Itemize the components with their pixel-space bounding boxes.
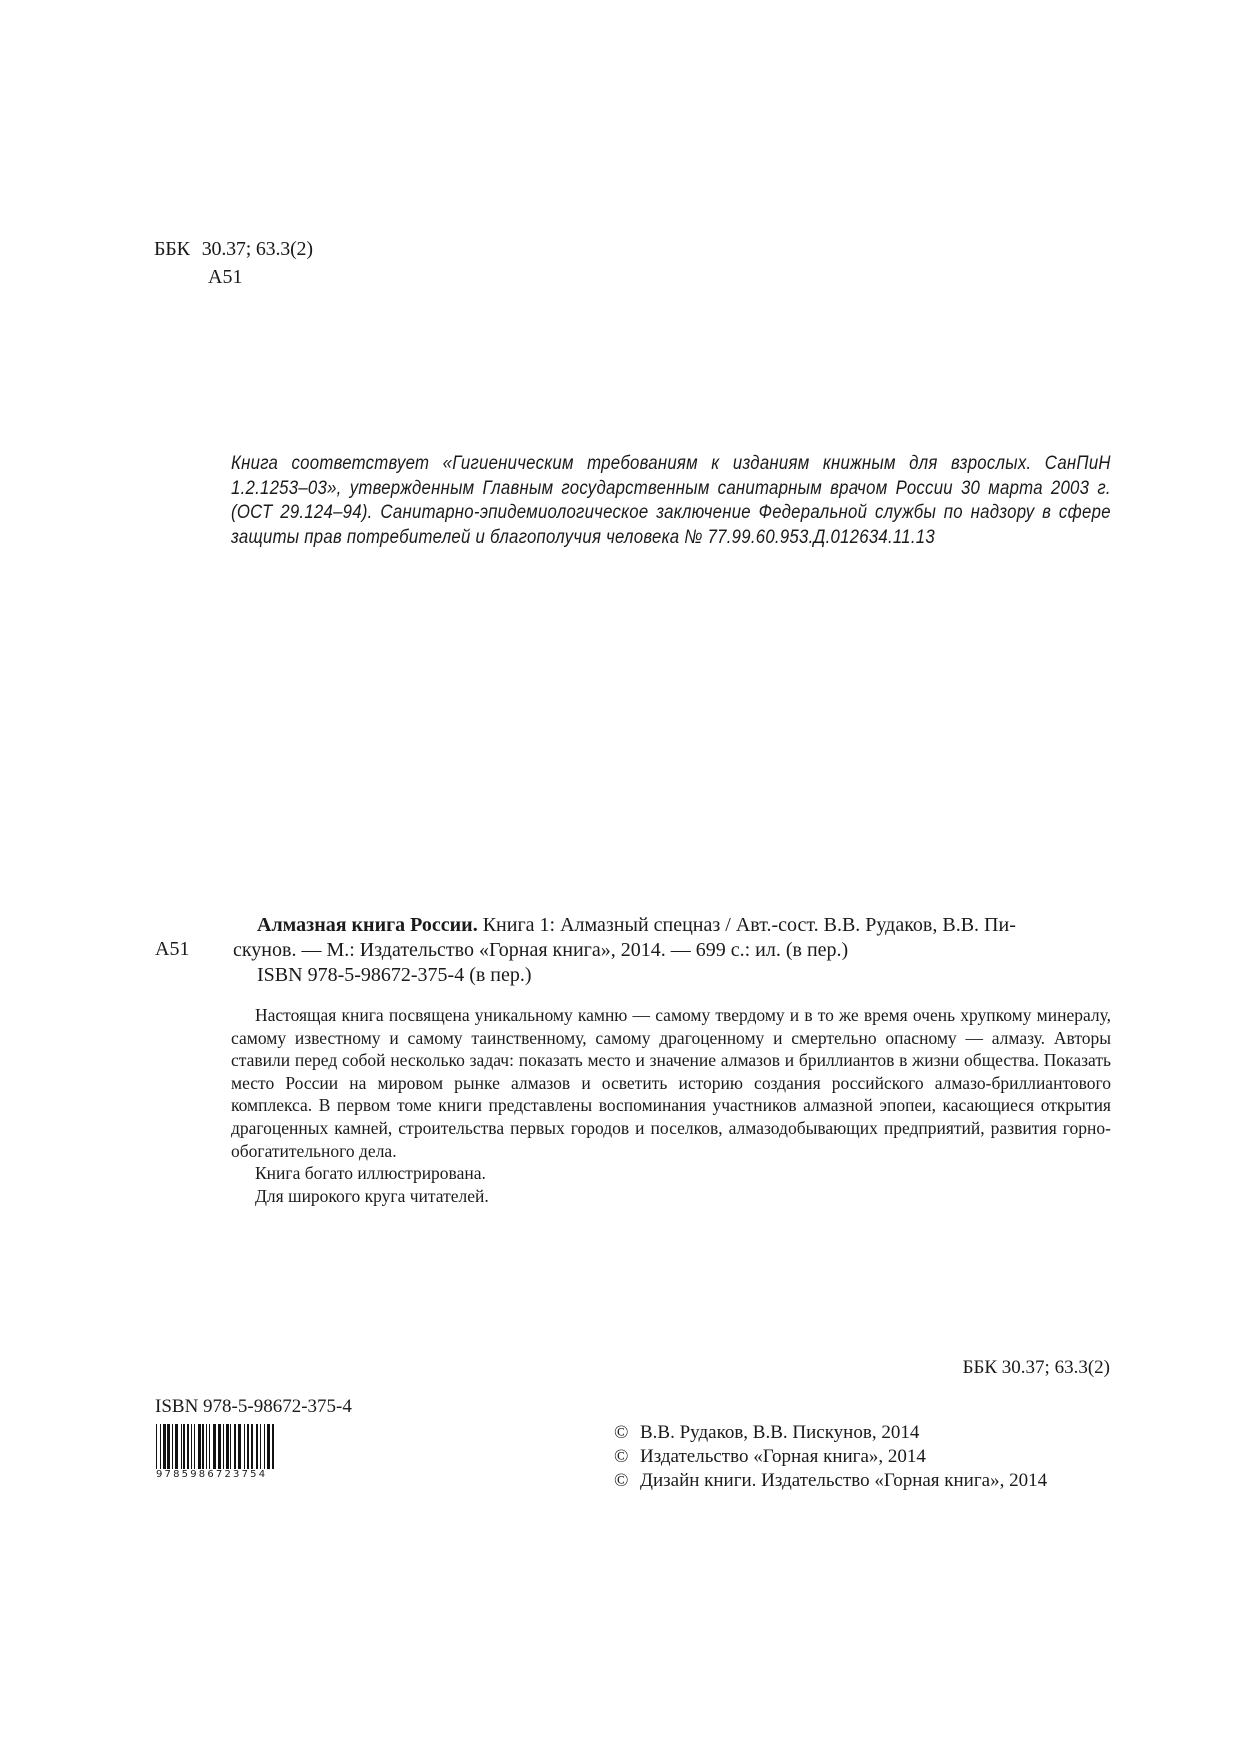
biblio-line-1: Алмазная книга России. Книга 1: Алмазный… bbox=[257, 913, 1111, 938]
copyright-icon: © bbox=[614, 1421, 640, 1445]
bbk-header: ББК30.37; 63.3(2) bbox=[154, 238, 313, 261]
bibliographic-record: Алмазная книга России. Книга 1: Алмазный… bbox=[257, 913, 1111, 988]
barcode-digits: 9785986723754 bbox=[156, 1469, 276, 1480]
bbk-footer: ББК 30.37; 63.3(2) bbox=[963, 1357, 1110, 1379]
copyright-line: ©В.В. Рудаков, В.В. Пискунов, 2014 bbox=[614, 1421, 1047, 1445]
annotation-paragraph: Для широкого круга читателей. bbox=[231, 1185, 1111, 1208]
copyright-icon: © bbox=[614, 1445, 640, 1469]
author-mark-biblio: А51 bbox=[155, 938, 189, 961]
copyright-block: ©В.В. Рудаков, В.В. Пискунов, 2014 ©Изда… bbox=[614, 1421, 1047, 1493]
author-mark-top: А51 bbox=[208, 266, 242, 289]
biblio-isbn: ISBN 978-5-98672-375-4 (в пер.) bbox=[257, 963, 1111, 988]
annotation: Настоящая книга посвящена уникальному ка… bbox=[231, 1004, 1111, 1207]
annotation-paragraph: Книга богато иллюстрирована. bbox=[231, 1162, 1111, 1185]
copyright-line: ©Издательство «Горная книга», 2014 bbox=[614, 1445, 1047, 1469]
barcode-bars bbox=[156, 1424, 276, 1469]
biblio-line-1-rest: Книга 1: Алмазный спецназ / Авт.-сост. В… bbox=[478, 914, 1016, 936]
isbn-barcode: 9785986723754 bbox=[156, 1424, 276, 1482]
bbk-code: 30.37; 63.3(2) bbox=[202, 238, 313, 260]
annotation-paragraph: Настоящая книга посвящена уникальному ка… bbox=[231, 1004, 1111, 1162]
bbk-label: ББК bbox=[154, 238, 190, 260]
book-title: Алмазная книга России. bbox=[257, 914, 478, 936]
hygiene-notice: Книга соответствует «Гигиеническим требо… bbox=[231, 451, 1111, 549]
copyright-line: ©Дизайн книги. Издательство «Горная книг… bbox=[614, 1469, 1047, 1493]
copyright-icon: © bbox=[614, 1469, 640, 1493]
isbn-footer: ISBN 978-5-98672-375-4 bbox=[155, 1396, 352, 1418]
biblio-line-2: скунов. — М.: Издательство «Горная книга… bbox=[233, 938, 1111, 963]
